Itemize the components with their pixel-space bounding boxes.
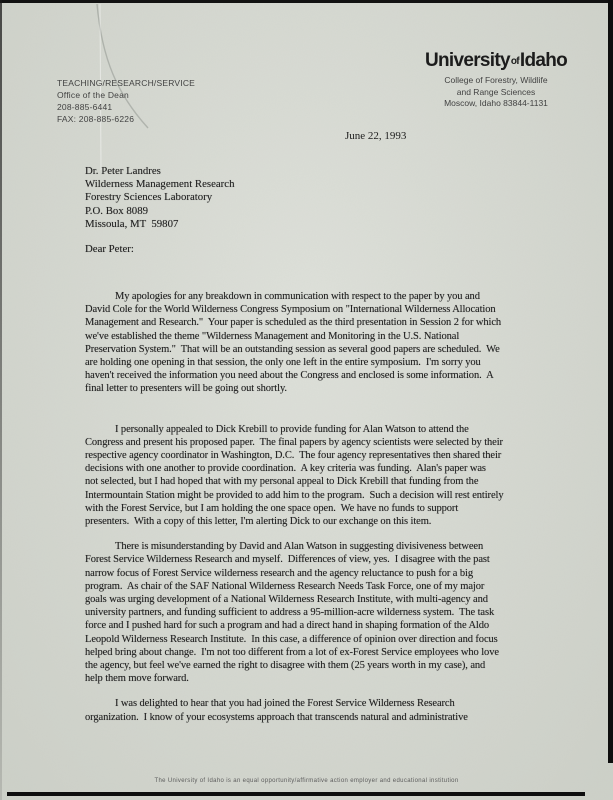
text-line: and Range Sciences [403,87,589,99]
text-line: goals was urging development of a Nation… [85,593,537,606]
scan-edge-right [608,0,613,763]
text-line: My apologies for any breakdown in commun… [85,290,537,303]
text-line: organization. I know of your ecosystems … [85,711,537,724]
letter-body: My apologies for any breakdown in commun… [85,290,537,736]
text-line: Preservation System." That will be an ou… [85,343,537,356]
letter-date: June 22, 1993 [345,130,406,142]
logo-word-idaho: Idaho [520,50,567,71]
equal-opportunity-footer: The University of Idaho is an equal oppo… [0,778,613,784]
text-line: Management and Research." Your paper is … [85,316,537,329]
text-line: Wilderness Management Research [85,178,234,191]
text-line: are holding one opening in that session,… [85,356,537,369]
logo-word-university: University [425,50,510,71]
text-line: Moscow, Idaho 83844-1131 [403,98,589,110]
college-address-block: College of Forestry, Wildlifeand Range S… [403,75,589,110]
text-line: help them move forward. [85,672,537,685]
text-line: with the Forest Service, but I am holdin… [85,502,537,515]
letterhead-program-line: TEACHING/RESEARCH/SERVICE [57,77,195,89]
paragraph-3: There is misunderstanding by David and A… [85,540,537,685]
logo-word-of: of [511,56,519,67]
paragraph-1: My apologies for any breakdown in commun… [85,290,537,396]
text-line: final letter to presenters will be going… [85,382,537,395]
paragraph-2: I personally appealed to Dick Krebill to… [85,423,537,529]
scanned-letter-page: TEACHING/RESEARCH/SERVICE Office of the … [0,0,613,800]
text-line: respective agency coordinator in Washing… [85,449,537,462]
text-line: Congress and present his proposed paper.… [85,436,537,449]
text-line: decisions with one another to provide co… [85,462,537,475]
text-line: the agency, but feel we've earned the ri… [85,659,537,672]
scan-edge-bottom [7,792,585,796]
text-line: narrow focus of Forest Service wildernes… [85,567,537,580]
text-line: I was delighted to hear that you had joi… [85,697,537,710]
text-line: There is misunderstanding by David and A… [85,540,537,553]
paragraph-4: I was delighted to hear that you had joi… [85,697,537,723]
recipient-address-block: Dr. Peter LandresWilderness Management R… [85,165,234,231]
text-line: force and I pushed hard for such a progr… [85,619,537,632]
text-line: I personally appealed to Dick Krebill to… [85,423,537,436]
letterhead-office: Office of the Dean [57,89,195,101]
scan-edge-top [0,0,613,3]
scan-edge-left [0,0,2,800]
text-line: Forest Service Wilderness Research and m… [85,553,537,566]
letterhead-right-block: UniversityofIdaho College of Forestry, W… [403,50,589,110]
salutation: Dear Peter: [85,243,134,255]
text-line: haven't received the information you nee… [85,369,537,382]
text-line: Missoula, MT 59807 [85,218,234,231]
text-line: Forestry Sciences Laboratory [85,191,234,204]
letterhead-phone: 208-885-6441 [57,101,195,113]
letterhead-fax: FAX: 208-885-6226 [57,113,195,125]
text-line: presenters. With a copy of this letter, … [85,515,537,528]
text-line: Leopold Wilderness Research Institute. I… [85,633,537,646]
text-line: helped bring about change. I'm not too d… [85,646,537,659]
text-line: not selected, but I had hoped that with … [85,475,537,488]
university-of-idaho-logo: UniversityofIdaho [403,50,589,72]
text-line: university partners, and funding suffici… [85,606,537,619]
text-line: Intermountain Station might be provided … [85,489,537,502]
text-line: program. As chair of the SAF National Wi… [85,580,537,593]
text-line: David Cole for the World Wilderness Cong… [85,303,537,316]
text-line: College of Forestry, Wildlife [403,75,589,87]
text-line: Dr. Peter Landres [85,165,234,178]
letterhead-left-block: TEACHING/RESEARCH/SERVICE Office of the … [57,77,195,125]
text-line: we've established the theme "Wilderness … [85,330,537,343]
text-line: P.O. Box 8089 [85,205,234,218]
